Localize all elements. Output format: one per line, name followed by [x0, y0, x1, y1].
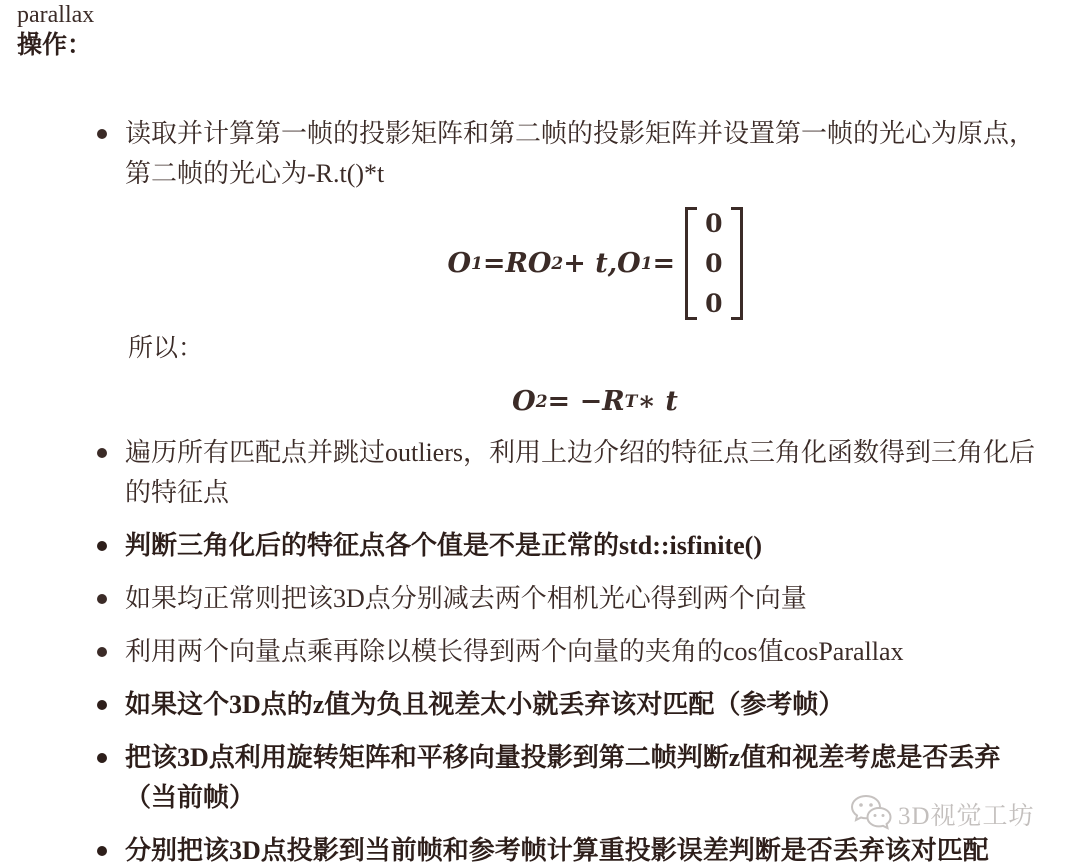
- bullet-item: 如果这个3D点的z值为负且视差太小就丢弃该对匹配（参考帧）: [125, 685, 1065, 725]
- formula-o2-equals-minus-rt-t: O2 = −RT ∗ t: [125, 386, 1065, 417]
- formula-o1-equals-ro2-plus-t: O1 = RO2 + t, O1 = 0 0 0: [125, 207, 1065, 320]
- watermark-label: 3D视觉工坊: [898, 796, 1035, 832]
- bullet-dot-icon: [97, 647, 107, 657]
- bullet-dot-icon: [97, 594, 107, 604]
- bullet-item: 遍历所有匹配点并跳过outliers，利用上边介绍的特征点三角化函数得到三角化后…: [125, 433, 1065, 513]
- zero-vector-matrix: 0 0 0: [685, 207, 742, 320]
- bullet-item: 读取并计算第一帧的投影矩阵和第二帧的投影矩阵并设置第一帧的光心为原点， 第二帧的…: [125, 114, 1065, 194]
- formula-term: O: [512, 386, 536, 417]
- bullet-item: 如果均正常则把该3D点分别减去两个相机光心得到两个向量: [125, 579, 1065, 619]
- document-page: parallax 操作： 读取并计算第一帧的投影矩阵和第二帧的投影矩阵并设置第一…: [0, 0, 1080, 864]
- formula-term: =: [483, 248, 506, 279]
- matrix-right-bracket: [731, 207, 743, 320]
- wechat-logo-icon: [846, 793, 894, 835]
- bullet-item: 利用两个向量点乘再除以模长得到两个向量的夹角的cos值cosParallax: [125, 632, 1065, 672]
- formula-term: RO: [505, 248, 551, 279]
- bullet-text-line: 遍历所有匹配点并跳过outliers，利用上边介绍的特征点三角化函数得到三角化后: [125, 433, 1065, 473]
- bullet-text-line: 如果均正常则把该3D点分别减去两个相机光心得到两个向量: [125, 579, 1065, 619]
- bullet-dot-icon: [97, 700, 107, 710]
- bullet-dot-icon: [97, 541, 107, 551]
- bullet-dot-icon: [97, 846, 107, 856]
- bullet-text-line: 如果这个3D点的z值为负且视差太小就丢弃该对匹配（参考帧）: [125, 685, 1065, 725]
- bullet-text-line: 读取并计算第一帧的投影矩阵和第二帧的投影矩阵并设置第一帧的光心为原点，: [125, 114, 1065, 154]
- watermark: 3D视觉工坊: [846, 793, 1035, 835]
- page-title: parallax: [0, 0, 1080, 29]
- bullet-dot-icon: [97, 129, 107, 139]
- matrix-left-bracket: [685, 207, 697, 320]
- bullet-item: 分别把该3D点投影到当前帧和参考帧计算重投影误差判断是否丢弃该对匹配: [125, 831, 1065, 864]
- bullet-text-line: 把该3D点利用旋转矩阵和平移向量投影到第二帧判断z值和视差考虑是否丢弃: [125, 738, 1065, 778]
- bullet-dot-icon: [97, 753, 107, 763]
- bullet-text-line: 分别把该3D点投影到当前帧和参考帧计算重投影误差判断是否丢弃该对匹配: [125, 831, 1065, 864]
- matrix-cell: 0: [705, 211, 722, 236]
- bullet-item: 判断三角化后的特征点各个值是不是正常的std::isfinite(): [125, 526, 1065, 566]
- formula-term: ∗ t: [637, 386, 678, 417]
- bullet-text-line: 的特征点: [125, 473, 1065, 513]
- bullet-text-line: 利用两个向量点乘再除以模长得到两个向量的夹角的cos值cosParallax: [125, 632, 1065, 672]
- formula-term: = −R: [548, 386, 625, 417]
- formula-term: O: [447, 248, 471, 279]
- matrix-cell: 0: [705, 251, 722, 276]
- bullet-text-line: 判断三角化后的特征点各个值是不是正常的std::isfinite(): [125, 526, 1065, 566]
- bullet-dot-icon: [97, 448, 107, 458]
- bullet-list: 读取并计算第一帧的投影矩阵和第二帧的投影矩阵并设置第一帧的光心为原点， 第二帧的…: [0, 114, 1080, 864]
- section-heading: 操作：: [0, 29, 1080, 61]
- formula-term: =: [653, 248, 676, 279]
- connector-label: 所以：: [128, 334, 1065, 364]
- matrix-cell: 0: [705, 291, 722, 316]
- formula-term: + t,: [563, 248, 617, 279]
- formula-term: O: [617, 248, 641, 279]
- bullet-text-line: 第二帧的光心为-R.t()*t: [125, 154, 1065, 194]
